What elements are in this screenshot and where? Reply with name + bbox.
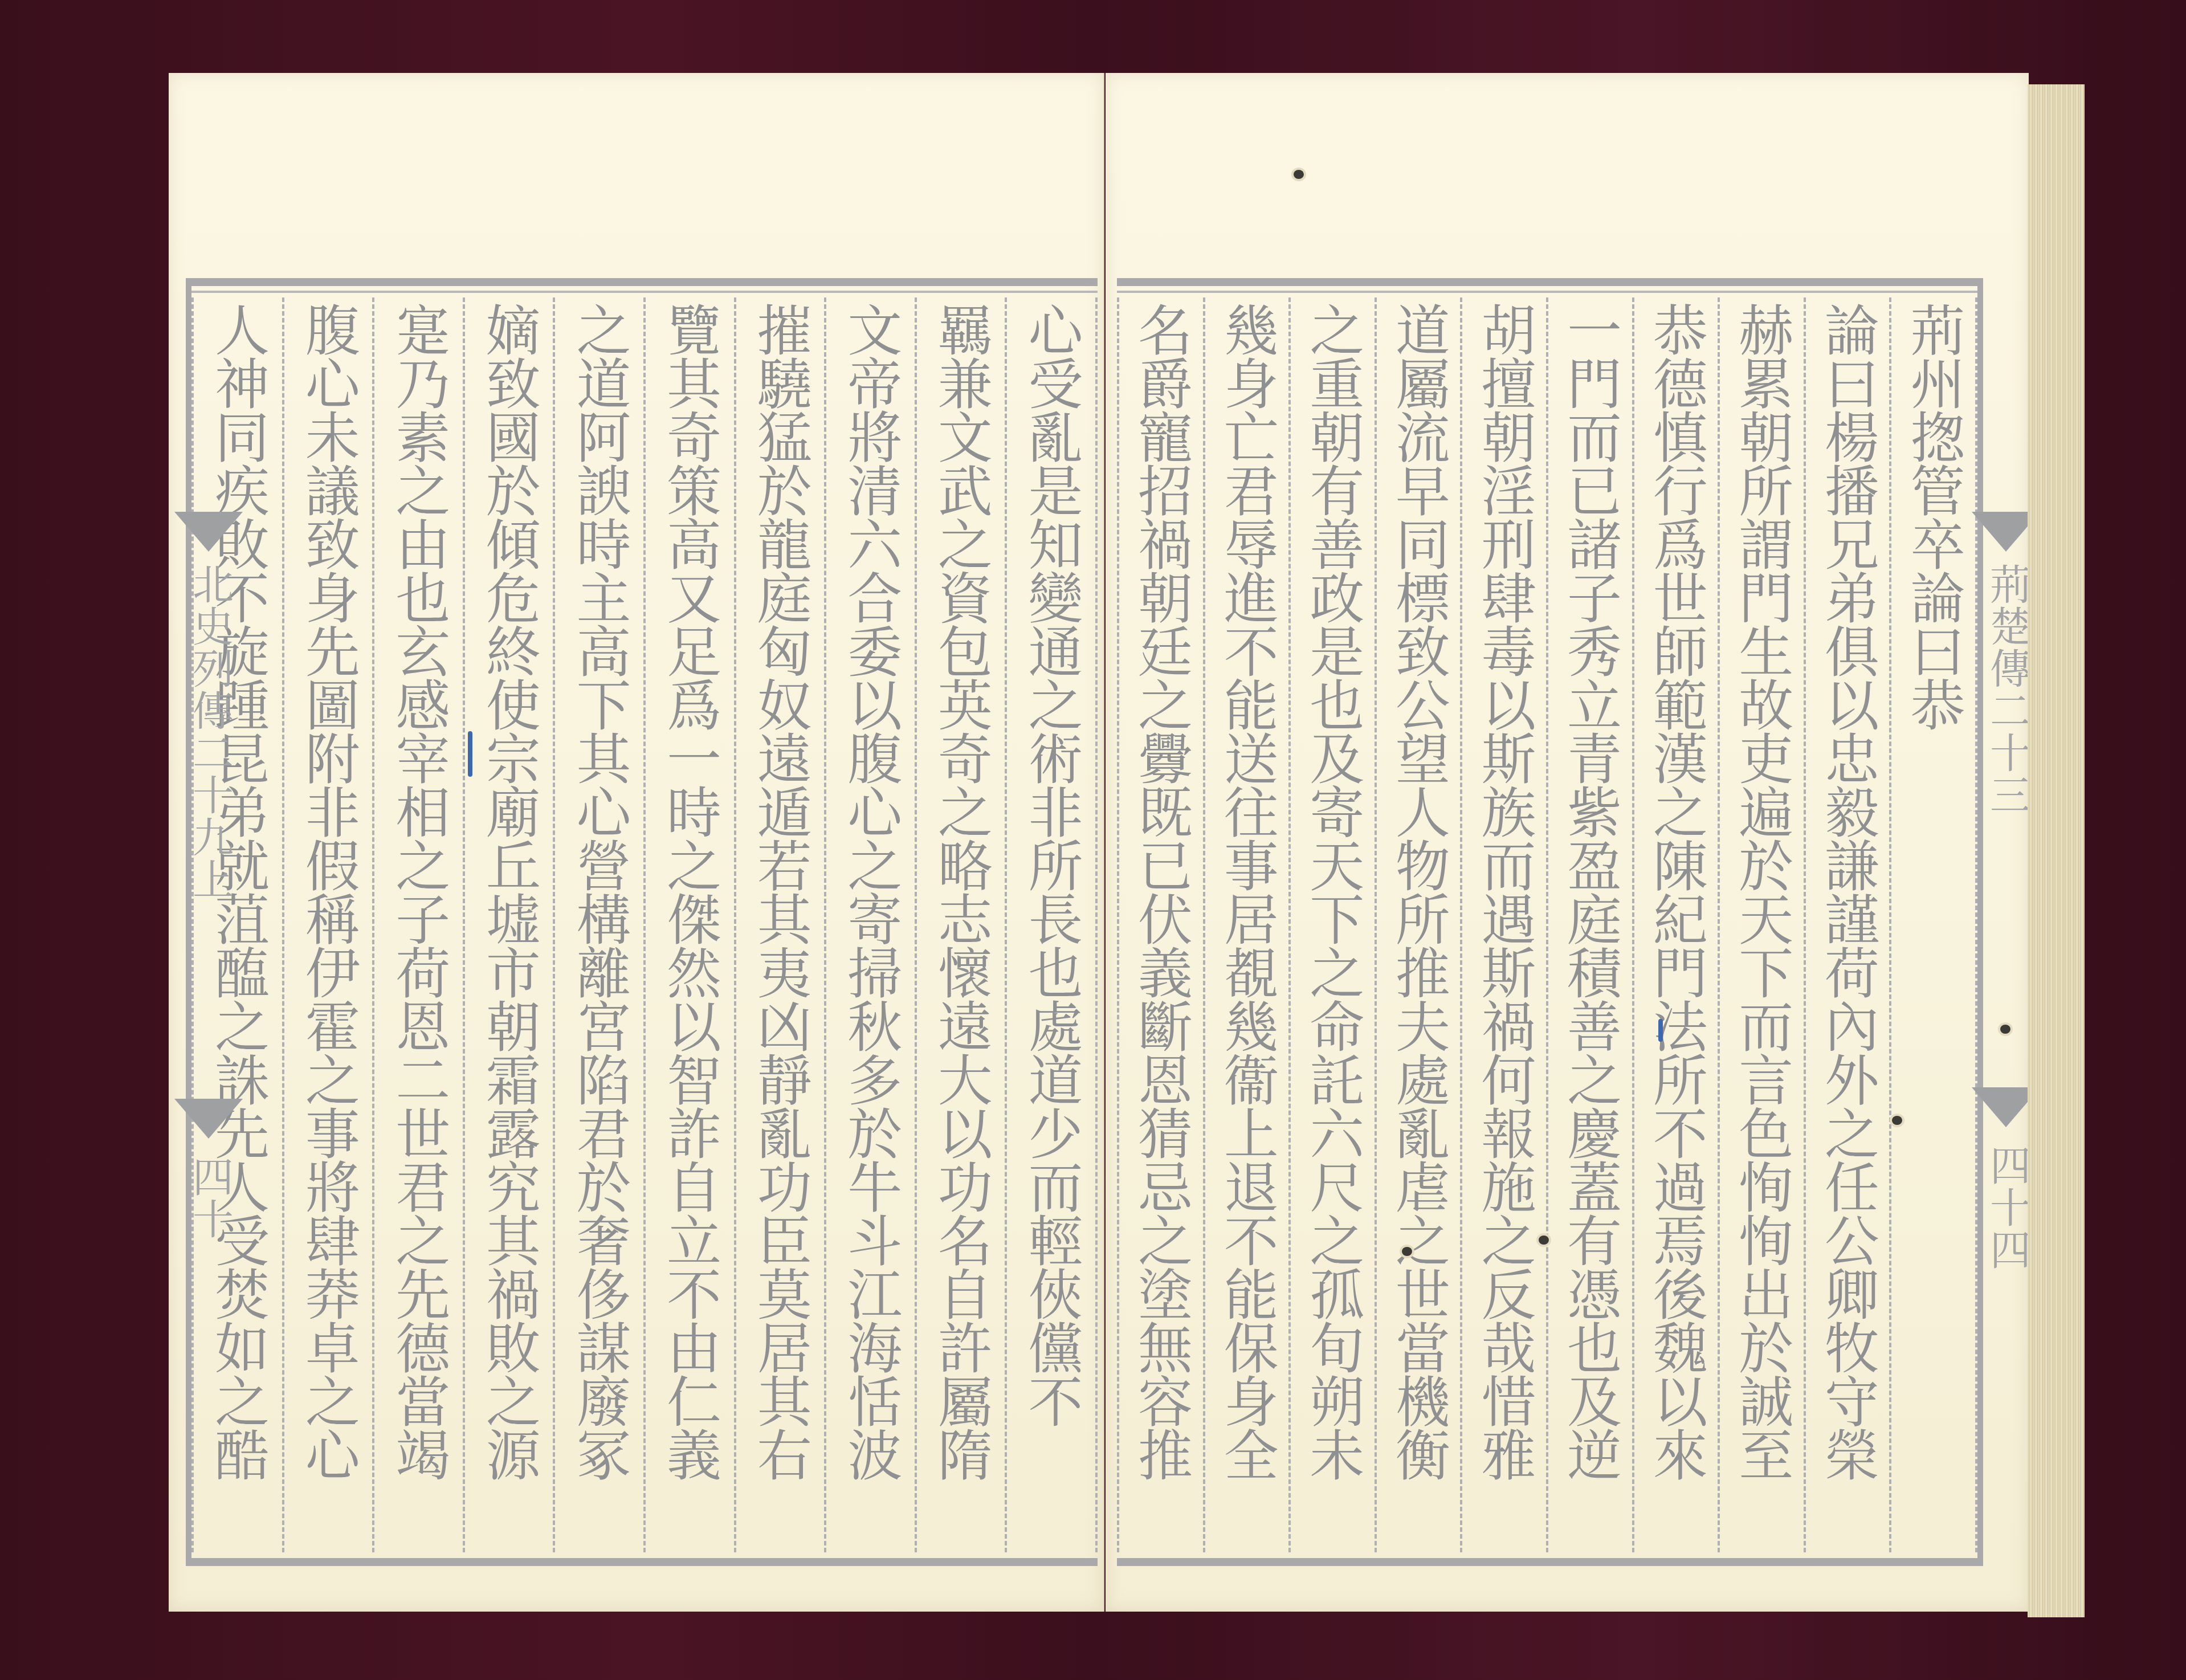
left-page-text-frame: 心受亂是知變通之術非所長也處道少而輕俠儻不 羈兼文武之資包英奇之略志懷遠大以功名… [186, 278, 1098, 1566]
fold-margin-title: 北史列傳二十九上 [180, 563, 239, 900]
text-column: 寔乃素之由也玄感宰相之子荷恩二世君之先德當竭 [372, 297, 463, 1552]
text-column: 覽其奇策高又足爲一時之傑然以智詐自立不由仁義 [643, 297, 734, 1552]
text-column: 胡擅朝淫刑肆毒以斯族而遇斯禍何報施之反哉惜雅 [1460, 297, 1546, 1552]
text-column: 道屬流早同標致公望人物所推夫處亂虐之世當機衡 [1375, 297, 1461, 1552]
frame-inner-rule [191, 291, 1098, 293]
text-column: 羈兼文武之資包英奇之略志懷遠大以功名自許屬隋 [915, 297, 1005, 1552]
text-column: 一門而已諸子秀立青紫盈庭積善之慶蓋有憑也及逆 [1546, 297, 1632, 1552]
text-column: 恭德慎行爲世師範漢之陳紀門法所不過焉後魏以來 [1632, 297, 1718, 1552]
wormhole-damage [1892, 1116, 1902, 1125]
text-column: 幾身亡君辱進不能送往事居覩幾衞上退不能保身全 [1203, 297, 1289, 1552]
wormhole-damage [1402, 1247, 1412, 1256]
left-page-columns: 心受亂是知變通之術非所長也處道少而輕俠儻不 羈兼文武之資包英奇之略志懷遠大以功名… [191, 297, 1098, 1552]
right-page-columns: 荊州揔管卒論曰恭 論曰楊播兄弟俱以忠毅謙謹荷內外之任公卿牧守榮 赫累朝所謂門生故… [1117, 297, 1977, 1552]
fold-margin-page-number: 四十 [180, 1156, 239, 1240]
text-column: 名爵寵招禍朝廷之釁既已伏義斷恩猜忌之塗無容推 [1117, 297, 1203, 1552]
text-column: 之道阿諛時主高下其心營構離宮陷君於奢侈謀廢冢 [553, 297, 643, 1552]
text-column: 人神同疾敗不旋踵昆弟就菹醢之誅先人受焚如之酷 [191, 297, 282, 1552]
text-column: 文帝將清六合委以腹心之寄掃秋多於牛斗江海恬波 [824, 297, 915, 1552]
text-column: 論曰楊播兄弟俱以忠毅謙謹荷內外之任公卿牧守榮 [1804, 297, 1890, 1552]
wormhole-damage [1294, 170, 1304, 179]
fish-tail-ornament-icon [174, 1099, 243, 1139]
right-page-text-frame: 荊州揔管卒論曰恭 論曰楊播兄弟俱以忠毅謙謹荷內外之任公卿牧守榮 赫累朝所謂門生故… [1117, 278, 1983, 1566]
text-column: 嫡致國於傾危終使宗廟丘墟市朝霜露究其禍敗之源 [463, 297, 553, 1552]
wormhole-damage [2000, 1025, 2010, 1034]
text-column-title: 荊州揔管卒論曰恭 [1889, 297, 1977, 1552]
fish-tail-ornament-icon [174, 512, 243, 552]
ink-annotation-mark [1658, 1019, 1663, 1042]
text-column: 赫累朝所謂門生故吏遍於天下而言色恂恂出於誠至 [1718, 297, 1804, 1552]
text-column: 心受亂是知變通之術非所長也處道少而輕俠儻不 [1005, 297, 1098, 1552]
left-page: 心受亂是知變通之術非所長也處道少而輕俠儻不 羈兼文武之資包英奇之略志懷遠大以功名… [169, 73, 1104, 1612]
page-stack-edge [2028, 84, 2085, 1617]
text-column: 腹心未議致身先圖附非假稱伊霍之事將肆莽卓之心 [282, 297, 373, 1552]
frame-inner-rule [1117, 291, 1977, 293]
open-book: 心受亂是知變通之術非所長也處道少而輕俠儻不 羈兼文武之資包英奇之略志懷遠大以功名… [169, 73, 2072, 1629]
text-column: 之重朝有善政是也及寄天下之命託六尺之孤旬朔未 [1288, 297, 1375, 1552]
text-column: 摧驍猛於龍庭匈奴遠遁若其夷凶靜亂功臣莫居其右 [734, 297, 825, 1552]
wormhole-damage [1539, 1235, 1549, 1245]
right-page: 荊州揔管卒論曰恭 論曰楊播兄弟俱以忠毅謙謹荷內外之任公卿牧守榮 赫累朝所謂門生故… [1106, 73, 2029, 1612]
ink-annotation-mark [468, 731, 472, 777]
